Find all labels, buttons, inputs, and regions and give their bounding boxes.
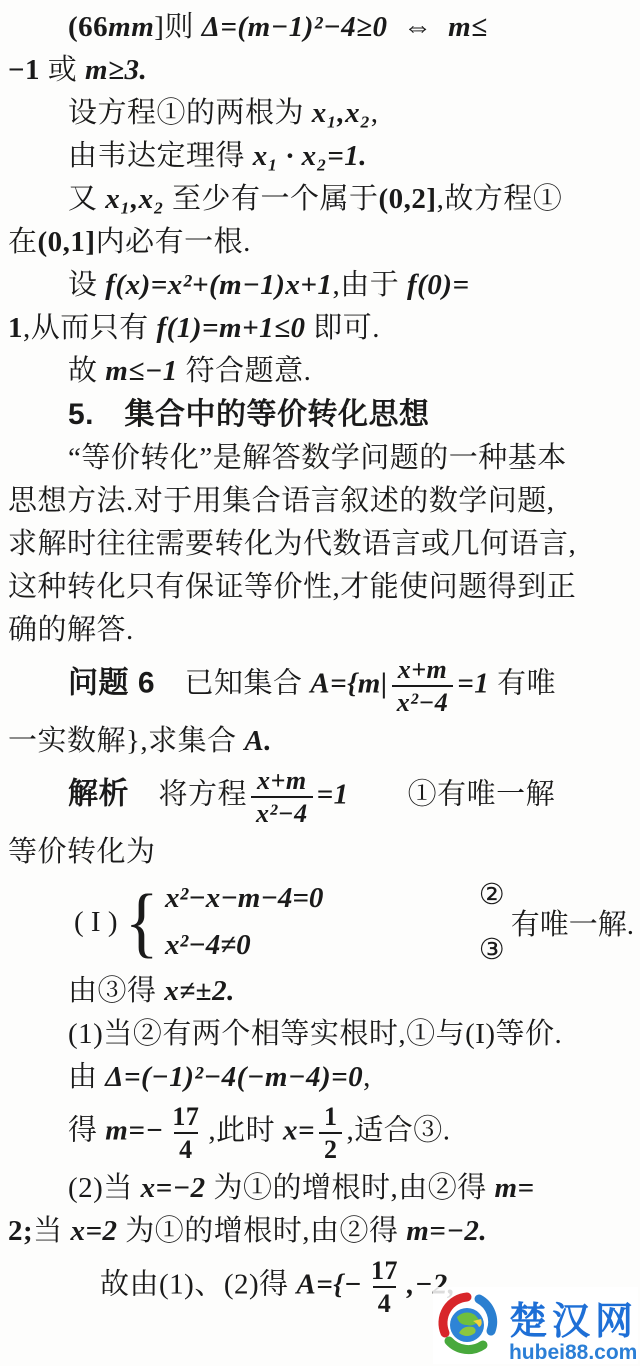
system-equation: x²−x−m−4=0 bbox=[165, 882, 445, 915]
math-segment: Δ=(−1)²−4(−m−4)=0 bbox=[105, 1061, 363, 1093]
text-segment: 故由(1)、(2)得 bbox=[100, 1269, 296, 1301]
math-segment: x₁,x₂ bbox=[312, 97, 371, 129]
text-segment: 得 bbox=[68, 1115, 105, 1147]
text-segment: 1 bbox=[8, 312, 23, 344]
heading-segment: 问题 6 bbox=[68, 667, 155, 700]
text-segment: , bbox=[371, 97, 379, 129]
text-line: 由③得 x≠±2. bbox=[8, 970, 634, 1013]
text-segment: 由 bbox=[68, 1061, 105, 1093]
text-line: “等价转化”是解答数学问题的一种基本 bbox=[8, 437, 634, 480]
site-watermark-text: 楚汉网 hubei88.com bbox=[509, 1303, 638, 1364]
text-line: 等价转化为 bbox=[8, 831, 634, 874]
equation-system: ( I ){x²−x−m−4=0x²−4≠0②③有唯一解. bbox=[8, 874, 634, 970]
text-segment: 设 bbox=[68, 269, 105, 301]
math-segment: mm bbox=[108, 11, 154, 43]
text-line: 问题 6 已知集合 A={m|x+mx²−4=1 有唯 bbox=[8, 652, 634, 720]
fraction-numerator: x+m bbox=[252, 765, 312, 796]
text-segment: , bbox=[363, 1061, 371, 1093]
text-line: 5. 集合中的等价转化思想 bbox=[8, 393, 634, 437]
math-segment: f(0)= bbox=[407, 269, 470, 301]
text-segment: 等价转化为 bbox=[8, 836, 156, 868]
text-segment: 这种转化只有保证等价性,才能使问题得到正 bbox=[8, 571, 576, 603]
math-segment: m= bbox=[494, 1172, 534, 1204]
fraction-denominator: 4 bbox=[373, 1286, 397, 1319]
text-segment: 符合题意. bbox=[178, 355, 312, 387]
text-line: 由韦达定理得 x₁ · x₂=1. bbox=[8, 135, 634, 178]
fraction: 12 bbox=[319, 1101, 343, 1165]
text-line: 故 m≤−1 符合题意. bbox=[8, 350, 634, 393]
system-tags: ②③ bbox=[479, 877, 505, 967]
text-segment: 确的解答. bbox=[8, 614, 134, 646]
text-segment: “等价转化”是解答数学问题的一种基本 bbox=[68, 442, 567, 474]
fraction-numerator: 17 bbox=[366, 1255, 403, 1286]
text-segment: 2; bbox=[8, 1215, 33, 1247]
text-line: 思想方法.对于用集合语言叙述的数学问题, bbox=[8, 480, 634, 523]
site-watermark: 楚汉网 hubei88.com bbox=[433, 1287, 638, 1364]
fraction-denominator: 4 bbox=[174, 1132, 198, 1165]
math-segment: x₁,x₂ bbox=[105, 183, 164, 215]
text-segment: ,故方程① bbox=[437, 183, 563, 215]
text-segment: ,适合③. bbox=[346, 1115, 450, 1147]
text-segment: 当 bbox=[33, 1215, 70, 1247]
math-segment: x≠±2. bbox=[164, 975, 235, 1007]
heading-segment: 5. 集合中的等价转化思想 bbox=[68, 398, 430, 431]
text-line: 由 Δ=(−1)²−4(−m−4)=0, bbox=[8, 1056, 634, 1099]
text-segment: ①有唯一解 bbox=[349, 779, 556, 811]
math-segment: A={− bbox=[296, 1269, 362, 1301]
math-segment: m=− bbox=[105, 1115, 163, 1147]
text-segment: 故 bbox=[68, 355, 105, 387]
text-segment: ,此时 bbox=[208, 1115, 283, 1147]
math-segment: m≥3. bbox=[85, 54, 147, 86]
text-segment: ]则 bbox=[154, 11, 201, 43]
math-segment: x=−2 bbox=[141, 1172, 206, 1204]
text-line: (1)当②有两个相等实根时,①与(I)等价. bbox=[8, 1013, 634, 1056]
text-segment: (0,2] bbox=[379, 183, 437, 215]
site-url: hubei88.com bbox=[509, 1341, 637, 1364]
math-segment: A. bbox=[244, 725, 272, 757]
math-segment: A={m| bbox=[310, 668, 387, 700]
math-segment: x=2 bbox=[70, 1215, 117, 1247]
text-segment: 为①的增根时,由②得 bbox=[206, 1172, 495, 1204]
math-segment: m≤−1 bbox=[105, 355, 178, 387]
text-line: −1 或 m≥3. bbox=[8, 49, 634, 92]
text-segment: 为①的增根时,由②得 bbox=[117, 1215, 406, 1247]
fraction: x+mx²−4 bbox=[392, 654, 454, 718]
heading-segment: 解析 bbox=[68, 778, 129, 811]
text-line: 求解时往往需要转化为代数语言或几何语言, bbox=[8, 523, 634, 566]
fraction-numerator: 1 bbox=[319, 1101, 343, 1132]
fraction-numerator: 17 bbox=[167, 1101, 204, 1132]
text-segment: 即可. bbox=[306, 312, 381, 344]
text-line: 2;当 x=2 为①的增根时,由②得 m=−2. bbox=[8, 1210, 634, 1253]
document-page: (66mm]则 Δ=(m−1)²−4≥0 ⇔ m≤−1 或 m≥3.设方程①的两… bbox=[0, 0, 640, 1321]
document-body: (66mm]则 Δ=(m−1)²−4≥0 ⇔ m≤−1 或 m≥3.设方程①的两… bbox=[8, 6, 634, 1321]
math-segment: f(x)=x²+(m−1)x+1 bbox=[105, 269, 332, 301]
globe-swirl-icon bbox=[433, 1287, 505, 1364]
math-segment: x= bbox=[283, 1115, 315, 1147]
text-segment: ,从而只有 bbox=[23, 312, 157, 344]
text-line: 1,从而只有 f(1)=m+1≤0 即可. bbox=[8, 307, 634, 350]
text-segment: 思想方法.对于用集合语言叙述的数学问题, bbox=[8, 485, 555, 517]
text-line: (66mm]则 Δ=(m−1)²−4≥0 ⇔ m≤ bbox=[8, 6, 634, 49]
math-segment: x₁ · x₂=1. bbox=[253, 140, 367, 172]
site-name: 楚汉网 bbox=[509, 1303, 638, 1341]
brace-icon: { bbox=[125, 883, 159, 961]
text-segment: (2)当 bbox=[68, 1172, 141, 1204]
fraction-denominator: x²−4 bbox=[251, 796, 313, 829]
fraction: 174 bbox=[167, 1101, 204, 1165]
text-segment: 设方程①的两根为 bbox=[68, 97, 312, 129]
text-segment: 至少有一个属于 bbox=[164, 183, 378, 215]
fraction-denominator: 2 bbox=[319, 1132, 343, 1165]
text-segment: 由韦达定理得 bbox=[68, 140, 253, 172]
text-segment: (1)当②有两个相等实根时,①与(I)等价. bbox=[68, 1018, 562, 1050]
text-line: 确的解答. bbox=[8, 609, 634, 652]
text-segment: 将方程 bbox=[129, 779, 247, 811]
text-segment: 内必有一根. bbox=[96, 226, 251, 258]
text-line: 得 m=−174,此时 x=12,适合③. bbox=[8, 1099, 634, 1167]
text-segment: 由③得 bbox=[68, 975, 164, 1007]
text-segment: 有唯 bbox=[489, 668, 556, 700]
math-segment: =1 bbox=[457, 668, 489, 700]
text-line: 在(0,1]内必有一根. bbox=[8, 221, 634, 264]
text-segment: (66 bbox=[68, 11, 108, 43]
text-segment: 一实数解},求集合 bbox=[8, 725, 244, 757]
fraction-denominator: x²−4 bbox=[392, 685, 454, 718]
text-segment: 或 bbox=[40, 54, 85, 86]
math-segment: m≤ bbox=[448, 11, 487, 43]
text-segment: ,由于 bbox=[332, 269, 407, 301]
fraction: 174 bbox=[366, 1255, 403, 1319]
text-line: 一实数解},求集合 A. bbox=[8, 720, 634, 763]
text-segment: 求解时往往需要转化为代数语言或几何语言, bbox=[8, 528, 576, 560]
math-segment: Δ=(m−1)²−4≥0 bbox=[202, 11, 388, 43]
system-equation: x²−4≠0 bbox=[165, 929, 445, 962]
text-line: 设 f(x)=x²+(m−1)x+1,由于 f(0)= bbox=[8, 264, 634, 307]
text-line: 解析 将方程x+mx²−4=1 ①有唯一解 bbox=[8, 763, 634, 831]
fraction-numerator: x+m bbox=[393, 654, 453, 685]
system-suffix: 有唯一解. bbox=[511, 902, 634, 943]
math-segment: =1 bbox=[317, 779, 349, 811]
system-equations: x²−x−m−4=0x²−4≠0 bbox=[165, 882, 445, 962]
text-line: 又 x₁,x₂ 至少有一个属于(0,2],故方程① bbox=[8, 178, 634, 221]
text-line: 这种转化只有保证等价性,才能使问题得到正 bbox=[8, 566, 634, 609]
math-segment: f(1)=m+1≤0 bbox=[157, 312, 306, 344]
system-label: ( I ) bbox=[74, 906, 117, 939]
text-segment: 又 bbox=[68, 183, 105, 215]
equation-tag: ③ bbox=[479, 932, 505, 967]
math-segment: m=−2. bbox=[406, 1215, 487, 1247]
text-segment: 在 bbox=[8, 226, 38, 258]
fraction: x+mx²−4 bbox=[251, 765, 313, 829]
text-segment: 已知集合 bbox=[155, 668, 310, 700]
equation-tag: ② bbox=[479, 877, 505, 912]
text-segment: −1 bbox=[8, 54, 40, 86]
text-line: 设方程①的两根为 x₁,x₂, bbox=[8, 92, 634, 135]
text-segment: ⇔ bbox=[388, 11, 449, 43]
text-line: (2)当 x=−2 为①的增根时,由②得 m= bbox=[8, 1167, 634, 1210]
text-segment: (0,1] bbox=[38, 226, 96, 258]
